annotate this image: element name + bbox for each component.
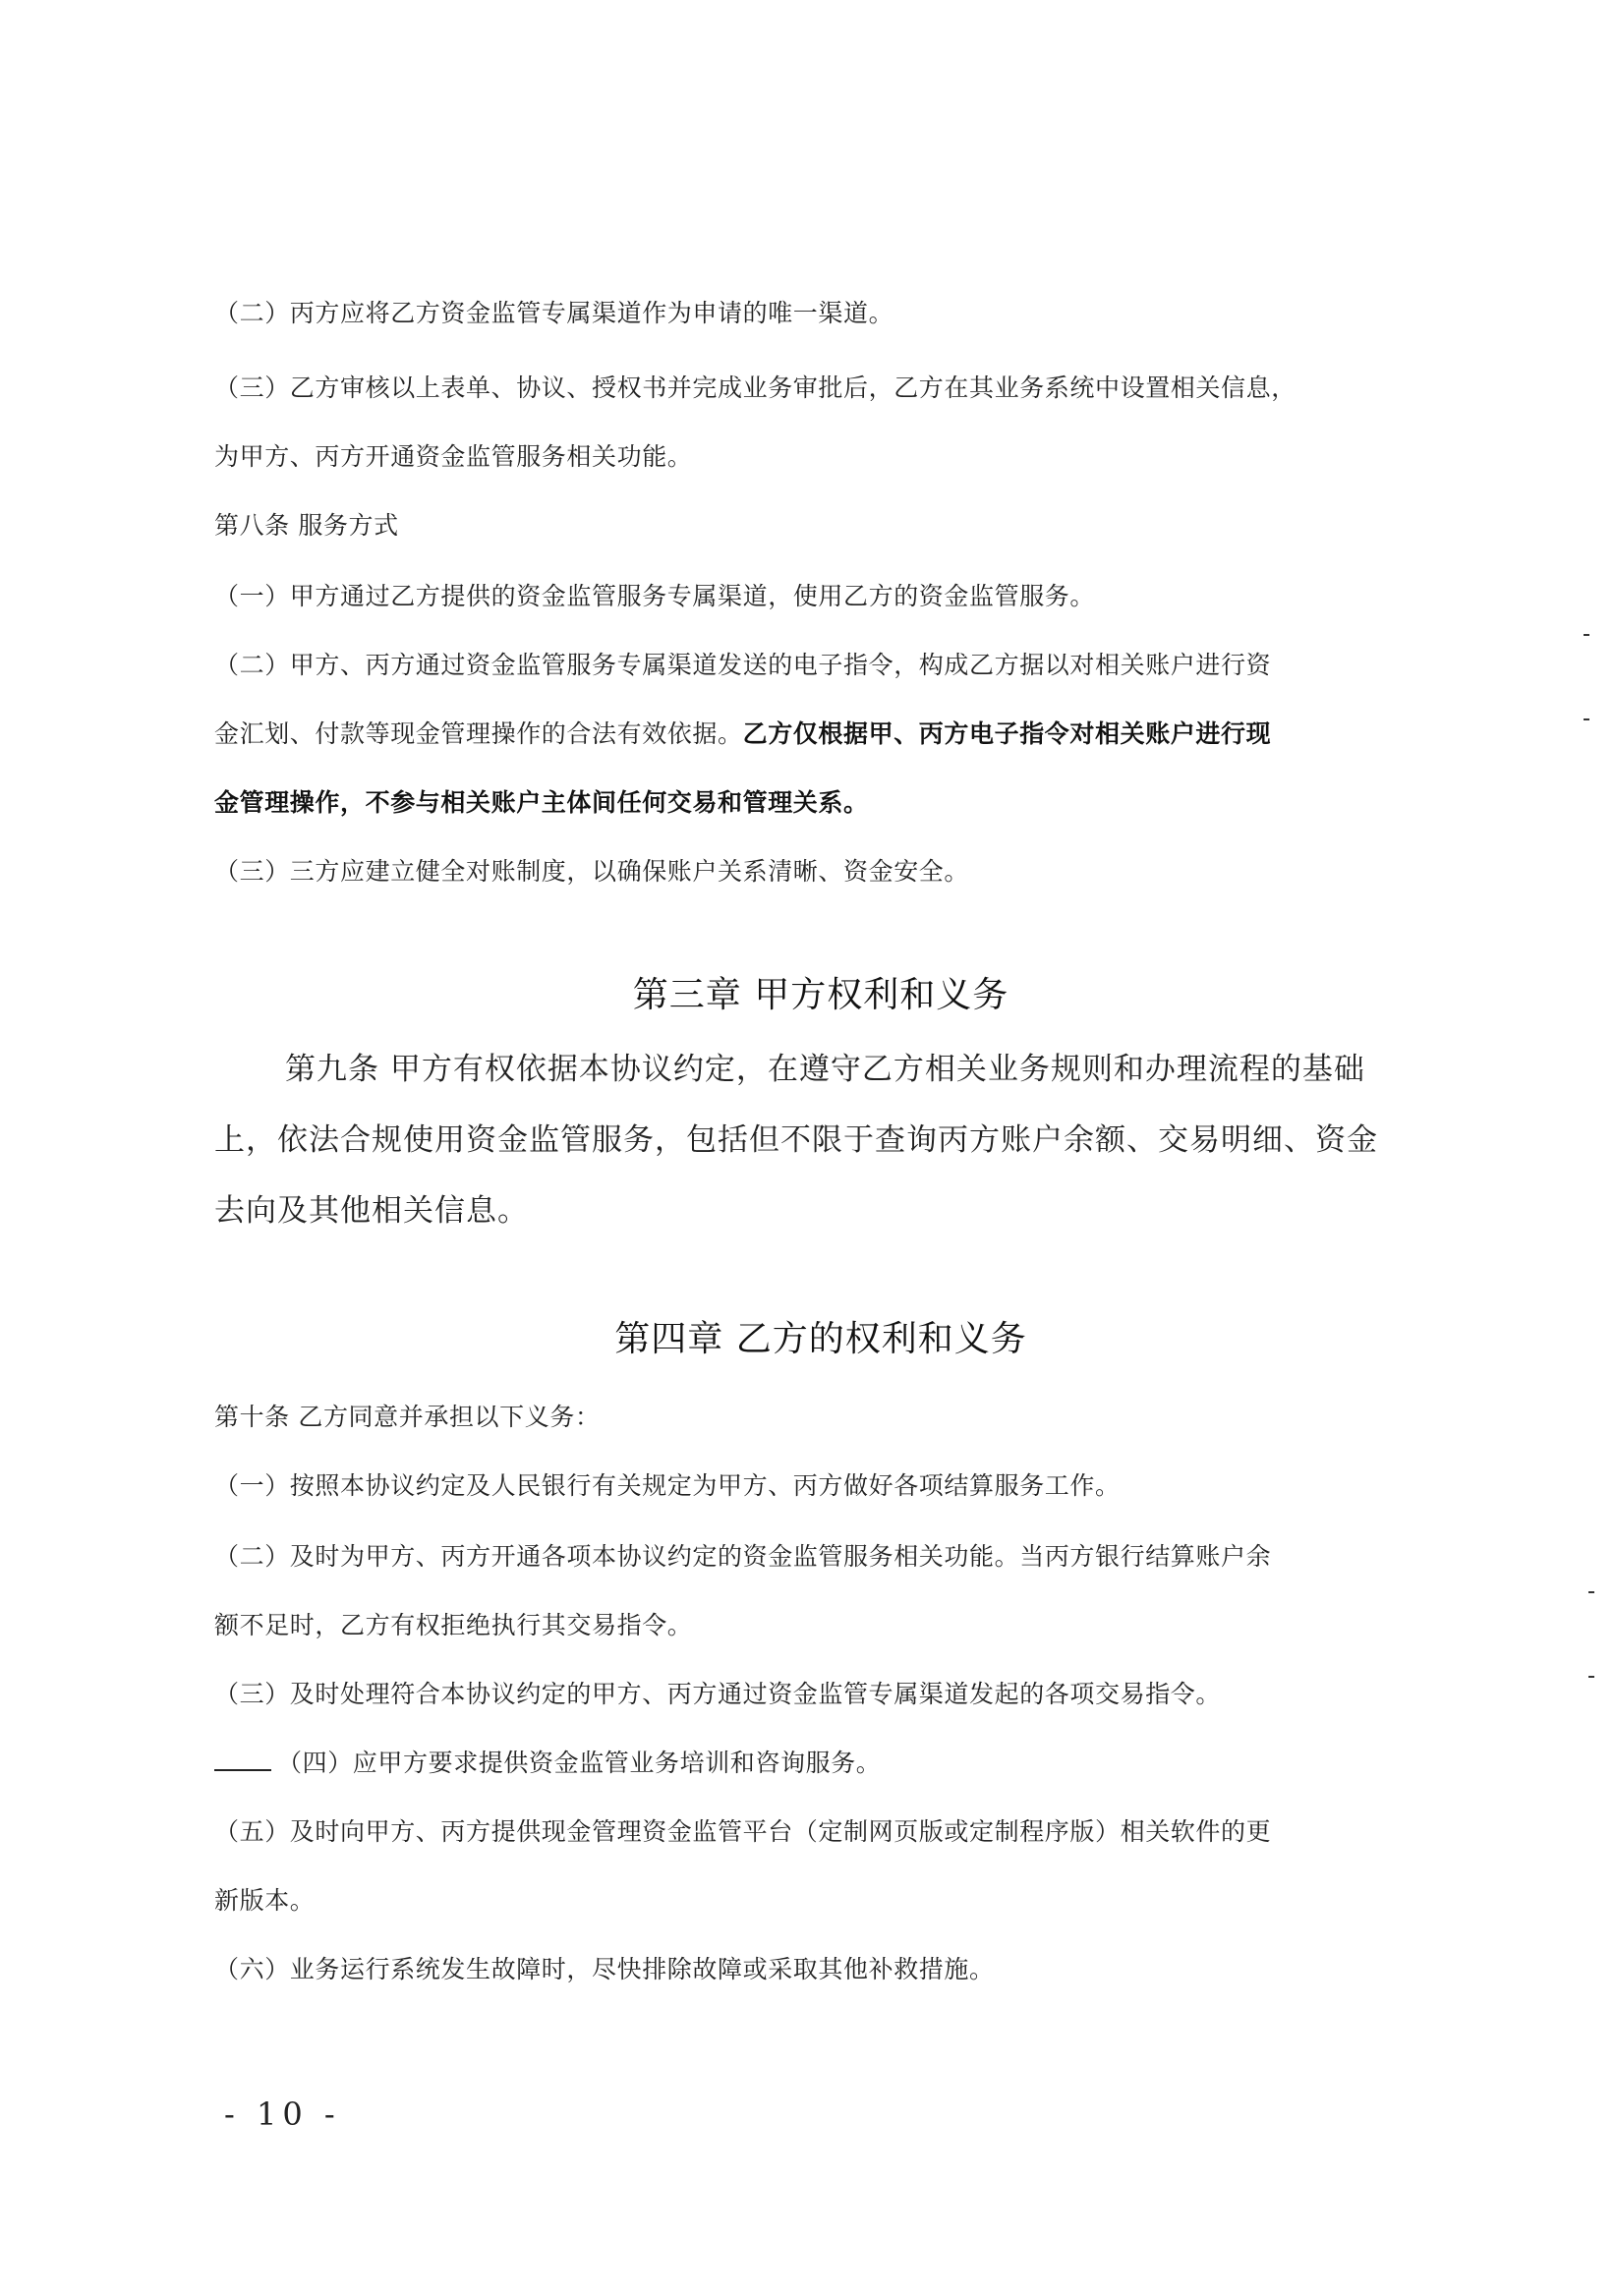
chapter-3-title-text: 第三章 甲方权利和义务: [633, 975, 1009, 1015]
article-9-line2: 上，依法合规使用资金监管服务，包括但不限于查询丙方账户余额、交易明细、资金: [214, 1120, 1423, 1160]
article-8-item-3: （三）三方应建立健全对账制度，以确保账户关系清晰、资金安全。: [214, 855, 1423, 889]
article-9-line1: 第九条 甲方有权依据本协议约定，在遵守乙方相关业务规则和办理流程的基础: [285, 1050, 1494, 1089]
article-10-item-4: （四）应甲方要求提供资金监管业务培训和咨询服务。: [277, 1749, 881, 1777]
article-8-item-1: （一）甲方通过乙方提供的资金监管服务专属渠道，使用乙方的资金监管服务。: [214, 580, 1423, 613]
scan-margin-mark: [1588, 1676, 1594, 1678]
article-10-item-2-line2: 额不足时，乙方有权拒绝执行其交易指令。: [214, 1609, 1423, 1642]
clause-7-item-3-line1: （三）乙方审核以上表单、协议、授权书并完成业务审批后，乙方在其业务系统中设置相关…: [214, 372, 1423, 405]
chapter-4-title: 第四章 乙方的权利和义务: [0, 1317, 1614, 1362]
article-8-item-2-bold: 乙方仅根据甲、丙方电子指令对相关账户进行现: [743, 719, 1272, 748]
article-8-item-2-line1: （二）甲方、丙方通过资金监管服务专属渠道发送的电子指令，构成乙方据以对相关账户进…: [214, 649, 1423, 682]
scan-margin-mark: [1584, 718, 1589, 720]
article-9-line3: 去向及其他相关信息。: [214, 1191, 1423, 1231]
article-10-item-4-line: （四）应甲方要求提供资金监管业务培训和咨询服务。: [214, 1747, 1423, 1780]
chapter-4-title-text: 第四章 乙方的权利和义务: [614, 1319, 1026, 1359]
article-10-heading: 第十条 乙方同意并承担以下义务：: [214, 1401, 1423, 1434]
article-10-item-5-line1: （五）及时向甲方、丙方提供现金管理资金监管平台（定制网页版或定制程序版）相关软件…: [214, 1815, 1423, 1849]
article-10-item-2-line1: （二）及时为甲方、丙方开通各项本协议约定的资金监管服务相关功能。当丙方银行结算账…: [214, 1540, 1423, 1574]
article-8-item-2-normal: 金汇划、付款等现金管理操作的合法有效依据。: [214, 719, 743, 748]
document-page: （二）丙方应将乙方资金监管专属渠道作为申请的唯一渠道。 （三）乙方审核以上表单、…: [0, 0, 1614, 2296]
scan-margin-mark: [1584, 634, 1589, 636]
article-8-heading: 第八条 服务方式: [214, 509, 1423, 543]
article-10-item-3: （三）及时处理符合本协议约定的甲方、丙方通过资金监管专属渠道发起的各项交易指令。: [214, 1678, 1423, 1711]
article-10-item-5-line2: 新版本。: [214, 1884, 1423, 1918]
article-8-item-2-line3: 金管理操作，不参与相关账户主体间任何交易和管理关系。: [214, 786, 1423, 820]
clause-7-item-2: （二）丙方应将乙方资金监管专属渠道作为申请的唯一渠道。: [214, 297, 1423, 330]
article-10-item-1: （一）按照本协议约定及人民银行有关规定为甲方、丙方做好各项结算服务工作。: [214, 1469, 1423, 1503]
clause-7-item-3-line2: 为甲方、丙方开通资金监管服务相关功能。: [214, 440, 1423, 474]
article-10-item-6: （六）业务运行系统发生故障时，尽快排除故障或采取其他补救措施。: [214, 1953, 1423, 1986]
article-8-item-2-line2: 金汇划、付款等现金管理操作的合法有效依据。乙方仅根据甲、丙方电子指令对相关账户进…: [214, 717, 1423, 751]
chapter-3-title: 第三章 甲方权利和义务: [0, 973, 1614, 1018]
page-number: - 10 -: [224, 2095, 341, 2133]
scan-margin-mark: [1588, 1591, 1594, 1593]
handwritten-underline-mark: [214, 1768, 271, 1771]
